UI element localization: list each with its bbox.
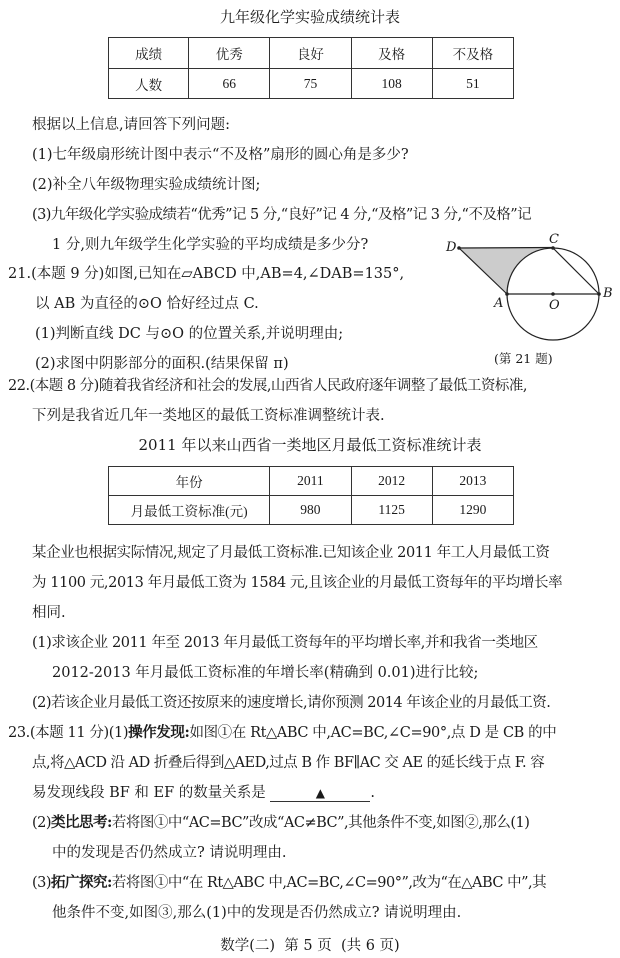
- table-cell: 成绩: [109, 38, 189, 69]
- table-cell: 980: [270, 496, 351, 525]
- q20-part3-cont: 1 分,则九年级学生化学实验的平均成绩是多少分?: [52, 233, 368, 254]
- q21-part2: (2)求图中阴影部分的面积.(结果保留 π): [35, 352, 289, 373]
- table-cell: 108: [351, 69, 432, 99]
- q22-line1: 22.(本题 8 分)随着我省经济和社会的发展,山西省人民政府逐年调整了最低工资…: [8, 374, 527, 395]
- q21-line2: 以 AB 为直径的⊙O 恰好经过点 C.: [35, 292, 259, 313]
- q22-para1: 某企业也根据实际情况,规定了月最低工资标准.已知该企业 2011 年工人月最低工…: [32, 541, 549, 562]
- table-cell: 年份: [109, 467, 270, 496]
- q23-part2: (2)类比思考:若将图①中“AC=BC”改成“AC≠BC”,其他条件不变,如图②…: [32, 811, 529, 832]
- table-cell: 不及格: [432, 38, 513, 69]
- table-row: 月最低工资标准(元) 980 1125 1290: [109, 496, 514, 525]
- q22-para2: 为 1100 元,2013 年月最低工资为 1584 元,且该企业的月最低工资每…: [32, 571, 562, 592]
- q21-text: (本题 9 分)如图,已知在▱ABCD 中,AB=4,∠DAB=135°,: [31, 266, 404, 282]
- question-number: 23.: [8, 725, 30, 741]
- table-cell: 2012: [351, 467, 432, 496]
- triangle-marker-icon: ▲: [316, 786, 325, 800]
- question-number: 22.: [8, 378, 30, 394]
- table-cell: 2013: [432, 467, 513, 496]
- q22-part1-cont: 2012-2013 年月最低工资标准的年增长率(精确到 0.01)进行比较;: [52, 661, 478, 682]
- page-footer: 数学(二) 第 5 页 (共 6 页): [0, 934, 620, 955]
- table-header-row: 成绩 优秀 良好 及格 不及格: [109, 38, 514, 69]
- label-b: B: [603, 286, 613, 301]
- q23-line3-text: 易发现线段 BF 和 EF 的数量关系是: [32, 785, 266, 801]
- table-cell: 及格: [351, 38, 432, 69]
- table-cell: 66: [189, 69, 270, 99]
- answer-blank[interactable]: ▲: [270, 785, 370, 802]
- table-cell: 月最低工资标准(元): [109, 496, 270, 525]
- q23-line3-suffix: .: [370, 785, 375, 801]
- table-cell: 1290: [432, 496, 513, 525]
- wage-table: 年份 2011 2012 2013 月最低工资标准(元) 980 1125 12…: [108, 466, 514, 525]
- q23-part3: (3)拓广探究:若将图①中“在 Rt△ABC 中,AC=BC,∠C=90°”,改…: [32, 871, 546, 892]
- table-row: 人数 66 75 108 51: [109, 69, 514, 99]
- q23-text: 如图①在 Rt△ABC 中,AC=BC,∠C=90°,点 D 是 CB 的中: [189, 725, 556, 741]
- q23-part2-head: (2): [32, 815, 51, 831]
- q23-line3: 易发现线段 BF 和 EF 的数量关系是 ▲.: [32, 781, 375, 802]
- q20-part2: (2)补全八年级物理实验成绩统计图;: [32, 173, 260, 194]
- table-cell: 人数: [109, 69, 189, 99]
- q20-part3: (3)九年级化学实验成绩若“优秀”记 5 分,“良好”记 4 分,“及格”记 3…: [32, 203, 531, 224]
- q23-part2-text: 若将图①中“AC=BC”改成“AC≠BC”,其他条件不变,如图②,那么(1): [112, 815, 530, 831]
- q23-part3-cont: 他条件不变,如图③,那么(1)中的发现是否仍然成立? 请说明理由.: [52, 901, 461, 922]
- q23-part3-head: (3): [32, 875, 51, 891]
- q23-line2: 点,将△ACD 沿 AD 折叠后得到△AED,过点 B 作 BF∥AC 交 AE…: [32, 751, 544, 772]
- q20-part1: (1)七年级扇形统计图中表示“不及格”扇形的圆心角是多少?: [32, 143, 409, 164]
- q22-text: (本题 8 分)随着我省经济和社会的发展,山西省人民政府逐年调整了最低工资标准,: [30, 378, 527, 394]
- q23-part3-text: 若将图①中“在 Rt△ABC 中,AC=BC,∠C=90°”,改为“在△ABC …: [112, 875, 546, 891]
- q23-line1: 23.(本题 11 分)(1)操作发现:如图①在 Rt△ABC 中,AC=BC,…: [8, 721, 556, 742]
- chem-table-title: 九年级化学实验成绩统计表: [0, 6, 620, 27]
- q22-part1: (1)求该企业 2011 年至 2013 年月最低工资每年的平均增长率,并和我省…: [32, 631, 538, 652]
- wage-table-title: 2011 年以来山西省一类地区月最低工资标准统计表: [0, 434, 620, 455]
- table-cell: 51: [432, 69, 513, 99]
- section-label-analogy: 类比思考:: [51, 814, 112, 831]
- label-c: C: [549, 232, 559, 247]
- q21-figure: D C A O B (第 21 题): [440, 238, 620, 368]
- table-header-row: 年份 2011 2012 2013: [109, 467, 514, 496]
- label-a: A: [494, 296, 503, 311]
- chem-grade-table: 成绩 优秀 良好 及格 不及格 人数 66 75 108 51: [108, 37, 514, 99]
- q21-part1: (1)判断直线 DC 与⊙O 的位置关系,并说明理由;: [35, 322, 343, 343]
- q21-line1: 21.(本题 9 分)如图,已知在▱ABCD 中,AB=4,∠DAB=135°,: [8, 262, 404, 283]
- table-cell: 2011: [270, 467, 351, 496]
- q20-intro: 根据以上信息,请回答下列问题:: [32, 113, 230, 134]
- q23-part2-cont: 中的发现是否仍然成立? 请说明理由.: [52, 841, 287, 862]
- q22-para3: 相同.: [32, 601, 66, 622]
- table-cell: 良好: [270, 38, 351, 69]
- question-number: 21.: [8, 266, 31, 282]
- label-o: O: [549, 298, 560, 313]
- table-cell: 优秀: [189, 38, 270, 69]
- figure-caption: (第 21 题): [494, 349, 553, 367]
- q22-line2: 下列是我省近几年一类地区的最低工资标准调整统计表.: [32, 404, 385, 425]
- q22-part2: (2)若该企业月最低工资还按原来的速度增长,请你预测 2014 年该企业的月最低…: [32, 691, 550, 712]
- section-label-extension: 拓广探究:: [51, 874, 112, 891]
- table-cell: 1125: [351, 496, 432, 525]
- section-label-operation-discovery: 操作发现:: [128, 724, 189, 741]
- table-cell: 75: [270, 69, 351, 99]
- label-d: D: [446, 240, 456, 255]
- q23-head: (本题 11 分)(1): [30, 725, 128, 741]
